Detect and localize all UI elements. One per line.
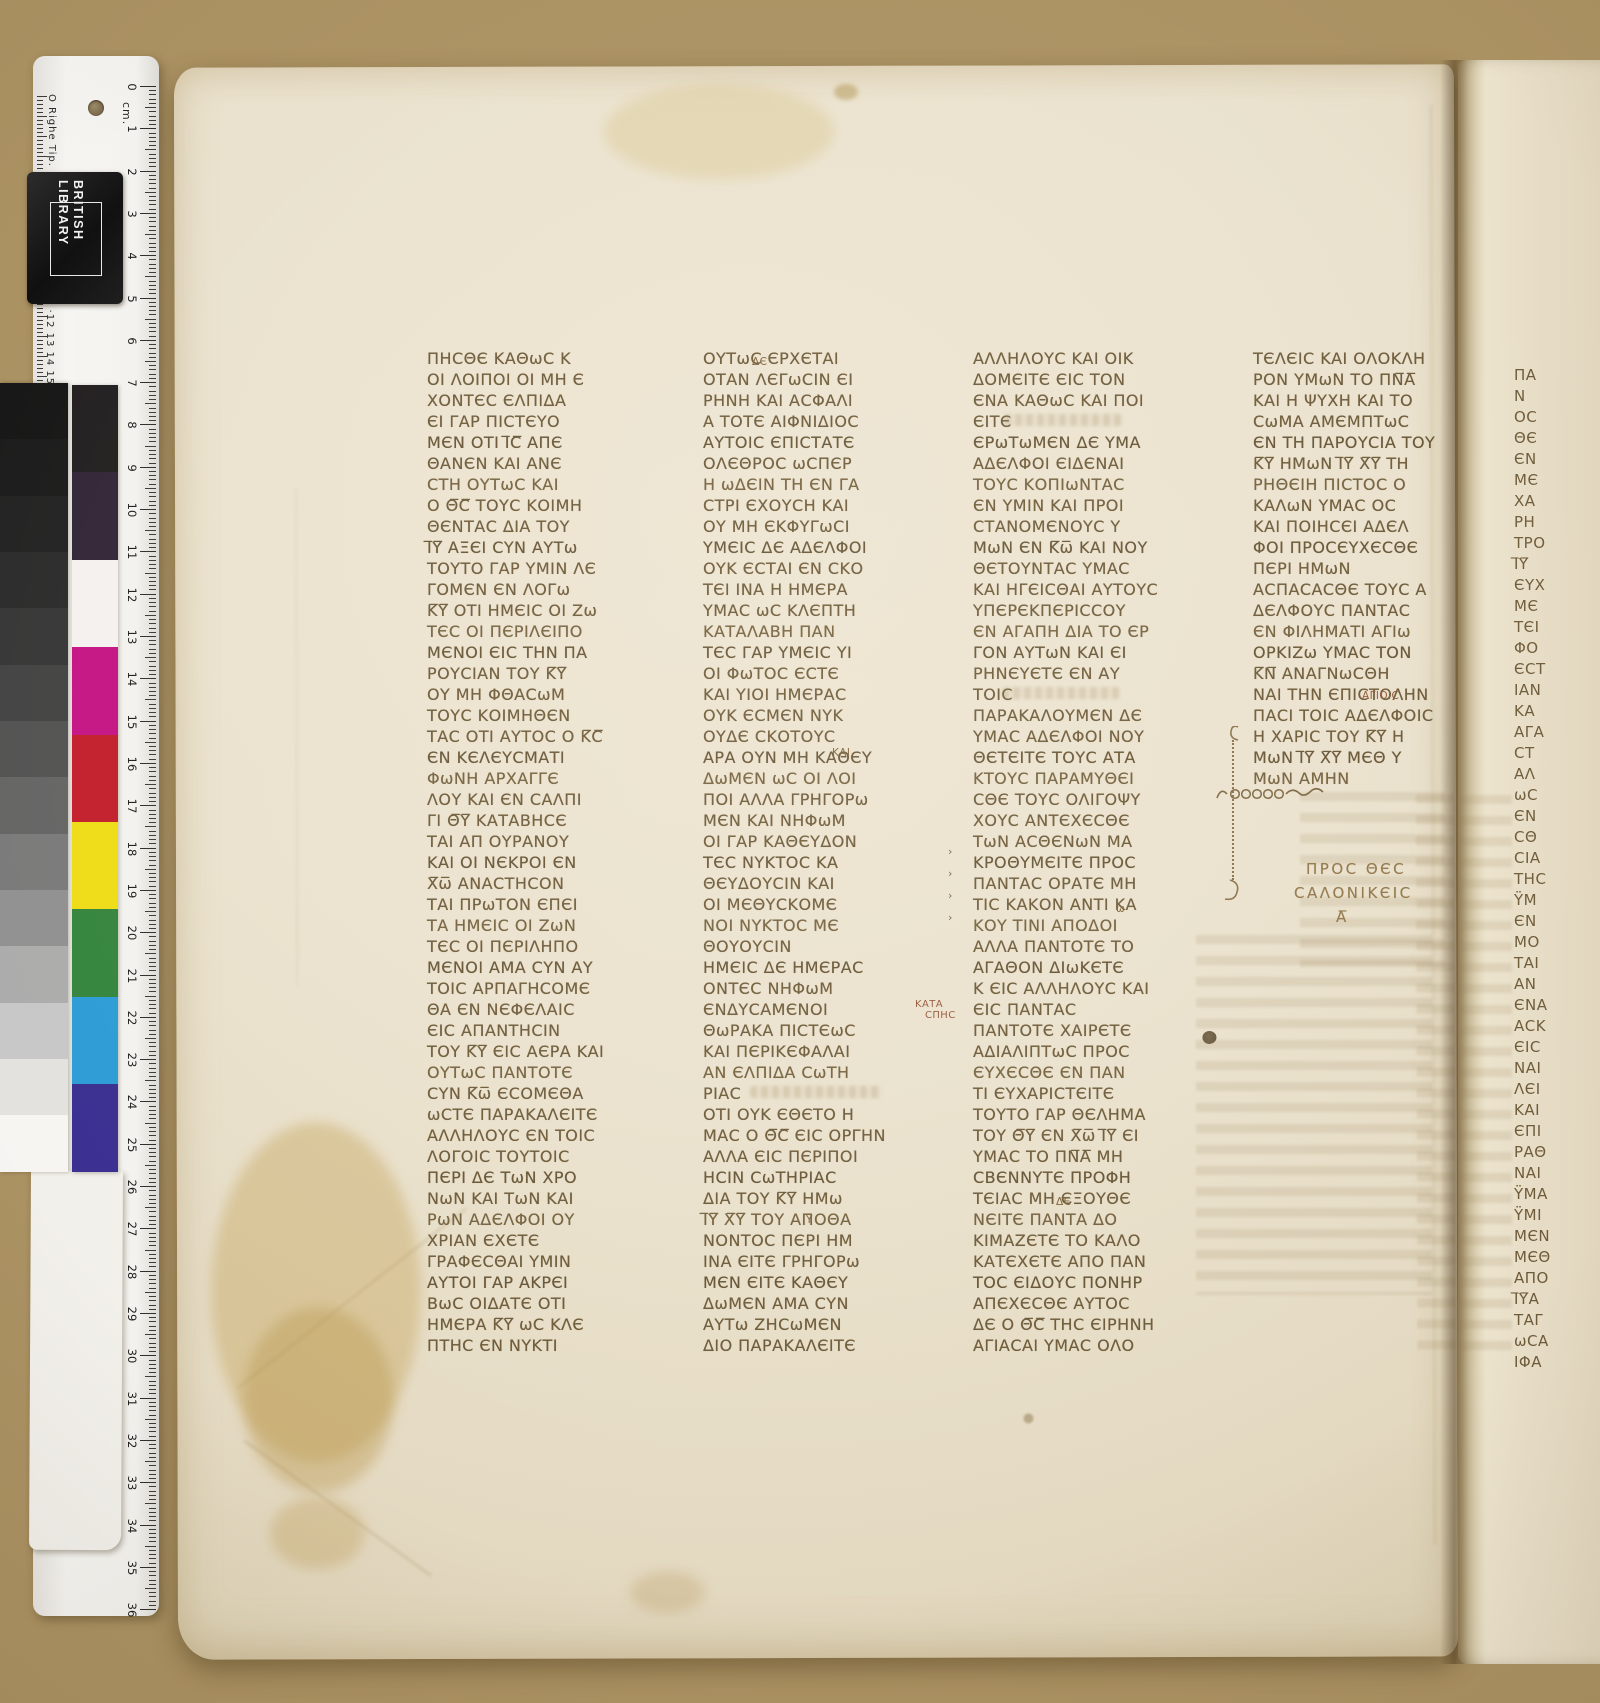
ruler-tick <box>149 1008 156 1009</box>
manuscript-line: ΤΟΥϹ ΚΟΠΙωΝΤΑϹ <box>973 474 1158 495</box>
side-scale-tick <box>37 380 43 381</box>
manuscript-line: ΤΑ ΗΜЄΙϹ ΟΙ ΖωΝ <box>427 915 604 936</box>
ruler-tick <box>149 492 156 493</box>
facing-page-text-fragment: ΑΓΑ <box>1514 723 1544 741</box>
manuscript-line: ΔΙΟ ΠΑΡΑΚΑΛЄΙΤЄ <box>703 1335 886 1356</box>
manuscript-line: ΜΑϹ Ο Θ̅Ϲ̅ ЄΙϹ ΟΡΓΗΝ <box>703 1125 886 1146</box>
ruler-number: 16 <box>125 753 139 775</box>
ruler-tick <box>149 1266 156 1267</box>
manuscript-line: ΠΑΡΑΚΑΛΟΥΜЄΝ ΔЄ <box>973 705 1158 726</box>
color-patch <box>72 560 118 647</box>
ruler-tick <box>149 1508 156 1509</box>
ruler-tick <box>149 1093 156 1094</box>
manuscript-line: ΘΟΥΟΥϹΙΝ <box>703 936 886 957</box>
ruler-tick <box>149 894 156 895</box>
ruler-tick <box>140 86 156 87</box>
ruler-tick <box>149 247 156 248</box>
ruler-tick <box>149 628 156 629</box>
ruler-tick <box>149 204 156 205</box>
ruler-tick <box>149 606 156 607</box>
photograph-of-manuscript-opening: { "ruler": { "unit_label": "cm.", "numbe… <box>0 0 1600 1703</box>
ruler-number: 12 <box>125 584 139 606</box>
marginal-correction-note: ΚΑΤΑ ϹΠΗϹ <box>915 999 956 1021</box>
manuscript-line: ΤΟΥΤΟ ΓΑΡ ΘЄΛΗΜΑ <box>973 1104 1158 1125</box>
ruler-number: 3 <box>125 203 139 225</box>
ruler-tick <box>149 310 156 311</box>
coronis-dotted-line <box>1232 740 1234 880</box>
facing-page-text-fragment: ΧΑ <box>1514 492 1536 510</box>
ruler-number: 23 <box>125 1049 139 1071</box>
manuscript-line: ΚΑΙ Η ΨΥΧΗ ΚΑΙ ΤΟ <box>1253 390 1435 411</box>
manuscript-line: ΔЄ Ο Θ̅Ϲ̅ ΤΗϹ ЄΙΡΗΝΗ <box>973 1314 1158 1335</box>
ruler-tick <box>140 678 156 679</box>
manuscript-line: ΓΟΝ ΑΥΤωΝ ΚΑΙ ЄΙ <box>973 642 1158 663</box>
manuscript-line: ΟΥΤωϹ ΠΑΝΤΟΤЄ <box>427 1062 604 1083</box>
ruler-tick <box>145 1546 156 1547</box>
manuscript-line: ЄΝ ΑΓΑΠΗ ΔΙΑ ΤΟ ЄΡ <box>973 621 1158 642</box>
ruler-tick <box>140 1017 156 1018</box>
side-scale-tick <box>37 100 43 101</box>
ruler-tick <box>149 526 156 527</box>
manuscript-line: ΒωϹ ΟΙΔΑΤЄ ΟΤΙ <box>427 1293 604 1314</box>
manuscript-line: ΤωΝ ΑϹΘЄΝωΝ ΜΑ <box>973 831 1158 852</box>
ruler-tick <box>149 217 156 218</box>
ruler-tick <box>149 1258 156 1259</box>
facing-page-text-fragment: ΘЄ <box>1514 429 1537 447</box>
manuscript-line: ΤЄΙ ΙΝΑ Η ΗΜЄΡΑ <box>703 579 886 600</box>
ruler-tick <box>149 1575 156 1576</box>
ruler-tick <box>149 99 156 100</box>
manuscript-line: Χ̅ω̅ ΑΝΑϹΤΗϹΟΝ <box>427 873 604 894</box>
ruler-tick <box>149 738 156 739</box>
ruler-tick <box>149 1178 156 1179</box>
facing-page-text-fragment: ΡΗ <box>1514 513 1535 531</box>
ruler-tick <box>149 1296 156 1297</box>
facing-page-text-fragment: Ν <box>1514 387 1526 405</box>
manuscript-line: ΗΜЄΡΑ Κ̅Υ̅ ωϹ ΚΛЄ <box>427 1314 604 1335</box>
ruler-tick <box>145 488 156 489</box>
ruler-tick <box>140 975 156 976</box>
ruler-tick <box>140 128 156 129</box>
manuscript-line: ΟΙ ΛΟΙΠΟΙ ΟΙ ΜΗ Є <box>427 369 604 390</box>
ruler-tick <box>149 936 156 937</box>
ruler-tick <box>149 750 156 751</box>
ruler-tick <box>149 1051 156 1052</box>
manuscript-line: ΟΙ ΦωΤΟϹ ЄϹΤЄ <box>703 663 886 684</box>
ruler-tick <box>149 154 156 155</box>
ruler-tick <box>149 1436 156 1437</box>
ruler-tick <box>149 928 156 929</box>
manuscript-line: ΟΤΑΝ ΛЄΓωϹΙΝ ЄΙ <box>703 369 886 390</box>
ruler-tick <box>149 1406 156 1407</box>
facing-page-text-fragment: ЄΠΙ <box>1514 1122 1542 1140</box>
manuscript-line: Α ΤΟΤЄ ΑΙΦΝΙΔΙΟϹ <box>703 411 886 432</box>
ruler-tick <box>149 1465 156 1466</box>
ruler-tick <box>140 509 156 510</box>
manuscript-line: Η ΧΑΡΙϹ ΤΟΥ Κ̅Υ̅ Η <box>1253 726 1435 747</box>
ruler-tick <box>140 763 156 764</box>
manuscript-line: ΤЄϹ ΟΙ ΠЄΡΙΛЄΙΠΟ <box>427 621 604 642</box>
erased-text-trace <box>750 1086 882 1098</box>
grayscale-step <box>0 1115 68 1171</box>
ruler-tick <box>140 594 156 595</box>
manuscript-line: ΗϹΙΝ ϹωΤΗΡΙΑϹ <box>703 1167 886 1188</box>
ruler-tick <box>149 1558 156 1559</box>
manuscript-line: ΔωΜЄΝ ωϹ ΟΙ ΛΟΙ <box>703 768 886 789</box>
ruler-tick <box>140 805 156 806</box>
ruler-tick <box>149 1571 156 1572</box>
ruler-tick <box>149 962 156 963</box>
manuscript-column-4: ΤЄΛЄΙϹ ΚΑΙ ΟΛΟΚΛΗΡΟΝ ΥΜωΝ ΤΟ ΠΝ̅Α̅ΚΑΙ Η … <box>1253 348 1435 789</box>
ruler-tick <box>149 780 156 781</box>
ruler-tick <box>149 979 156 980</box>
ruler-tick <box>149 1279 156 1280</box>
ruler-tick <box>149 856 156 857</box>
grayscale-step <box>0 834 68 890</box>
ruler-tick <box>149 822 156 823</box>
manuscript-line: ΧΟΝΤЄϹ ЄΛΠΙΔΑ <box>427 390 604 411</box>
facing-page-text-fragment: ΙΦΑ <box>1514 1353 1542 1371</box>
ruler-tick <box>149 183 156 184</box>
color-patch <box>72 647 118 734</box>
ruler-tick <box>140 1186 156 1187</box>
manuscript-line: ΟΥ ΜΗ ЄΚΦΥΓωϹΙ <box>703 516 886 537</box>
ruler-tick <box>149 1131 156 1132</box>
ruler-tick <box>149 145 156 146</box>
manuscript-line: ΑΠЄΧЄϹΘЄ ΑΥΤΟϹ <box>973 1293 1158 1314</box>
ruler-tick <box>149 1148 156 1149</box>
ruler-tick <box>140 340 156 341</box>
manuscript-line: ΚΤΟΥϹ ΠΑΡΑΜΥΘЄΙ <box>973 768 1158 789</box>
diple-mark: › <box>948 845 952 858</box>
facing-page-text-fragment: ΜЄ <box>1514 597 1538 615</box>
manuscript-column-1: ΠΗϹΘЄ ΚΑΘωϹ ΚΟΙ ΛΟΙΠΟΙ ΟΙ ΜΗ ЄΧΟΝΤЄϹ ЄΛΠ… <box>427 348 604 1356</box>
ruler-tick <box>149 619 156 620</box>
manuscript-line: ΜωΝ ЄΝ Κ̅ω̅ ΚΑΙ ΝΟΥ <box>973 537 1158 558</box>
ruler-tick <box>149 602 156 603</box>
manuscript-line: Κ ЄΙϹ ΑΛΛΗΛΟΥϹ ΚΑΙ <box>973 978 1158 999</box>
ruler-tick <box>149 924 156 925</box>
grayscale-step <box>0 608 68 664</box>
facing-page-text-fragment: ΫΜ <box>1514 891 1537 909</box>
manuscript-line: ΛΟΥ ΚΑΙ ЄΝ ϹΑΛΠΙ <box>427 789 604 810</box>
ruler-tick <box>149 1004 156 1005</box>
manuscript-line: Ι̅Υ̅ Χ̅Υ̅ ΤΟΥ ΑΠΟΘΑ <box>703 1209 886 1230</box>
manuscript-line: ΤЄϹ ΓΑΡ ΥΜЄΙϹ ΥΙ <box>703 642 886 663</box>
ruler-tick <box>149 238 156 239</box>
manuscript-line: ЄΡωΤωΜЄΝ ΔЄ ΥΜΑ <box>973 432 1158 453</box>
ruler-tick <box>145 1461 156 1462</box>
facing-page-text-fragment: ΤΑΓ <box>1514 1311 1543 1329</box>
ruler-number: 17 <box>125 795 139 817</box>
manuscript-line: ϹΘЄ ΤΟΥϹ ΟΛΙΓΟΨΥ <box>973 789 1158 810</box>
ruler-tick <box>149 1182 156 1183</box>
ruler-tick <box>149 327 156 328</box>
ruler-tick <box>149 1533 156 1534</box>
facing-page-text-fragment: ΛЄΙ <box>1514 1080 1541 1098</box>
manuscript-line: ΟΝΤЄϹ ΝΗΦωΜ <box>703 978 886 999</box>
manuscript-line: ΝΑΙ ΤΗΝ ЄΠΙϹΤΟΛΗΝ <box>1253 684 1435 705</box>
interlinear-correction: Υ <box>806 1214 813 1226</box>
ruler-tick <box>149 898 156 899</box>
ruler-tick <box>149 585 156 586</box>
ruler-tick <box>149 412 156 413</box>
manuscript-line: ΜЄΝΟΙ ЄΙϹ ΤΗΝ ΠΑ <box>427 642 604 663</box>
ruler-tick <box>149 196 156 197</box>
ruler-unit-label: cm. <box>120 102 133 125</box>
manuscript-line: ΑΛΛΗΛΟΥϹ ΚΑΙ ΟΙΚ <box>973 348 1158 369</box>
facing-page-edge: ΠΑΝΟϹΘЄЄΝΜЄΧΑΡΗΤΡΟΙ̅Υ̅ЄΥΧΜЄΤЄΙΦΟЄϹΤΙΑΝΚΑ… <box>1458 60 1600 1664</box>
ruler-tick <box>149 221 156 222</box>
manuscript-line: ΟΥΚ ЄϹΤΑΙ ЄΝ ϹΚΟ <box>703 558 886 579</box>
manuscript-line: ΝΟΝΤΟϹ ΠЄΡΙ ΗΜ <box>703 1230 886 1251</box>
side-scale-tick <box>37 332 43 333</box>
ink-spot <box>834 84 858 100</box>
manuscript-line: ΠΑΝΤΑϹ ΟΡΑΤЄ ΜΗ <box>973 873 1158 894</box>
ruler-tick <box>149 1021 156 1022</box>
ruler-tick <box>149 1592 156 1593</box>
ruler-tick <box>149 272 156 273</box>
ruler-tick <box>149 1453 156 1454</box>
facing-page-text-fragment: ΟϹ <box>1514 408 1537 426</box>
ruler-tick <box>145 742 156 743</box>
manuscript-line: ΥΠЄΡЄΚΠЄΡΙϹϹΟΥ <box>973 600 1158 621</box>
ruler-tick <box>149 611 156 612</box>
ruler-number: 19 <box>125 880 139 902</box>
subscription-numeral: Α̅ <box>1336 908 1347 926</box>
ruler-tick <box>149 437 156 438</box>
ruler-tick <box>149 1427 156 1428</box>
ruler-tick <box>140 1355 156 1356</box>
manuscript-line: ΑΛΛΑ ΠΑΝΤΟΤЄ ΤΟ <box>973 936 1158 957</box>
side-scale-tick <box>37 352 43 353</box>
side-scale-tick <box>37 124 43 125</box>
ruler-tick <box>149 1321 156 1322</box>
interlinear-correction: ΔЄ <box>752 356 767 368</box>
ruler-tick <box>149 945 156 946</box>
side-scale-tick <box>37 160 43 161</box>
ruler-tick <box>145 149 156 150</box>
ruler-tick <box>149 1245 156 1246</box>
british-library-label: BRITISH LIBRARY <box>27 172 123 304</box>
ruler-tick <box>149 458 156 459</box>
side-scale-tick <box>37 320 43 321</box>
interlinear-correction: ΑΓΙΟΙϹ <box>1362 690 1399 702</box>
ruler-tick <box>149 1046 156 1047</box>
label-text: BRITISH LIBRARY <box>55 180 85 246</box>
side-scale-tick <box>37 128 43 129</box>
manuscript-line: ΠΑϹΙ ΤΟΙϹ ΑΔЄΛΦΟΙϹ <box>1253 705 1435 726</box>
parchment-crease <box>295 487 298 987</box>
ruler-tick <box>149 1161 156 1162</box>
ruler-tick <box>149 708 156 709</box>
color-patch <box>72 1084 118 1171</box>
ruler-number: 4 <box>125 245 139 267</box>
manuscript-line: ΚΑΙ ΟΙ ΝЄΚΡΟΙ ЄΝ <box>427 852 604 873</box>
ruler-tick <box>145 1334 156 1335</box>
ruler-tick <box>149 1541 156 1542</box>
ruler-tick <box>140 171 156 172</box>
ruler-tick <box>149 450 156 451</box>
side-scale-tick <box>37 164 43 165</box>
ruler-tick <box>149 712 156 713</box>
manuscript-line: ΘΑ ЄΝ ΝЄΦЄΛΑΙϹ <box>427 999 604 1020</box>
facing-page-text-fragment: ΫΜΑ <box>1514 1185 1548 1203</box>
ruler-tick <box>149 1554 156 1555</box>
facing-page-text-fragment: Ι̅Υ̅Α <box>1514 1290 1539 1308</box>
ruler-tick <box>149 505 156 506</box>
grayscale-step <box>0 1059 68 1115</box>
bleedthrough-text <box>1460 795 1512 1355</box>
ruler-tick <box>140 424 156 425</box>
ruler-tick <box>140 382 156 383</box>
ruler-tick <box>149 556 156 557</box>
ruler-tick <box>149 1220 156 1221</box>
ruler-tick <box>149 1351 156 1352</box>
ruler-tick <box>140 932 156 933</box>
ruler-number: 31 <box>125 1388 139 1410</box>
ruler-tick <box>149 674 156 675</box>
ruler-tick <box>149 1127 156 1128</box>
manuscript-line: ΔΙΑ ΤΟΥ Κ̅Υ̅ ΗΜω <box>703 1188 886 1209</box>
ruler-tick <box>145 573 156 574</box>
manuscript-line: ΜЄΝ ΟΤΙ Ι̅Ϲ̅ ΑΠЄ <box>427 432 604 453</box>
manuscript-line: ΤЄϹ ΟΙ ΠЄΡΙΛΗΠΟ <box>427 936 604 957</box>
ruler-tick <box>149 759 156 760</box>
ruler-tick <box>149 188 156 189</box>
ruler-tick <box>145 530 156 531</box>
manuscript-line: ЄΝΑ ΚΑΘωϹ ΚΑΙ ΠΟΙ <box>973 390 1158 411</box>
side-scale-tick <box>37 168 43 169</box>
parchment-stain <box>604 84 834 180</box>
manuscript-line: ΦΟΙ ΠΡΟϹЄΥΧЄϹΘЄ <box>1253 537 1435 558</box>
manuscript-line: ΑΡΑ ΟΥΝ ΜΗ ΚΑΘЄΥ <box>703 747 886 768</box>
facing-page-text-fragment: ЄϹΤ <box>1514 660 1546 678</box>
ruler-number: 33 <box>125 1472 139 1494</box>
facing-page-text-fragment: ϹΙΑ <box>1514 849 1541 867</box>
ruler-tick <box>149 1360 156 1361</box>
ruler-tick <box>149 1444 156 1445</box>
ruler-tick <box>149 776 156 777</box>
facing-page-text-fragment: ΑΛ <box>1514 765 1536 783</box>
ruler-tick <box>149 1326 156 1327</box>
facing-page-text-fragment: ΑΝ <box>1514 975 1536 993</box>
facing-page-text-fragment: ωϹΑ <box>1514 1332 1549 1350</box>
grayscale-step <box>0 721 68 777</box>
manuscript-line: ΠЄΡΙ ΔЄ ΤωΝ ΧΡΟ <box>427 1167 604 1188</box>
facing-page-text-fragment: ЄΝ <box>1514 912 1537 930</box>
ruler-tick <box>149 1300 156 1301</box>
ruler-tick <box>145 699 156 700</box>
facing-page-text-fragment: ΚΑΙ <box>1514 1101 1540 1119</box>
facing-page-text-fragment: ΑϹΚ <box>1514 1017 1546 1035</box>
ruler-tick <box>149 158 156 159</box>
ruler-tick <box>149 1529 156 1530</box>
ruler-tick <box>149 1470 156 1471</box>
ruler-tick <box>149 793 156 794</box>
ruler-tick <box>149 568 156 569</box>
manuscript-line: ΗΜЄΙϹ ΔЄ ΗΜЄΡΑϹ <box>703 957 886 978</box>
color-patch <box>72 997 118 1084</box>
ruler-tick <box>149 1199 156 1200</box>
ruler-tick <box>140 298 156 299</box>
side-scale-tick <box>37 328 43 329</box>
manuscript-line: ΚΑΙ ΠЄΡΙΚЄΦΑΛΑΙ <box>703 1041 886 1062</box>
manuscript-line: ΙΝΑ ЄΙΤЄ ΓΡΗΓΟΡω <box>703 1251 886 1272</box>
manuscript-line: ΓΡΑΦЄϹΘΑΙ ΥΜΙΝ <box>427 1251 604 1272</box>
ruler-tick <box>140 721 156 722</box>
grayscale-step <box>0 552 68 608</box>
ruler-tick <box>149 1068 156 1069</box>
ruler-tick <box>149 369 156 370</box>
manuscript-line: ΟΥ ΜΗ ΦΘΑϹωΜ <box>427 684 604 705</box>
ruler-tick <box>140 848 156 849</box>
ruler-tick <box>140 1482 156 1483</box>
manuscript-line: ΛΟΓΟΙϹ ΤΟΥΤΟΙϹ <box>427 1146 604 1167</box>
ruler-tick <box>149 285 156 286</box>
ruler-tick <box>149 1317 156 1318</box>
side-scale-tick <box>37 120 43 121</box>
ruler-tick <box>149 1457 156 1458</box>
ruler-tick <box>149 1330 156 1331</box>
ruler-tick <box>149 479 156 480</box>
manuscript-line: ΟΡΚΙΖω ΥΜΑϹ ΤΟΝ <box>1253 642 1435 663</box>
facing-page-text-fragment: Ι̅Υ̅ <box>1514 555 1529 573</box>
ruler-tick <box>145 784 156 785</box>
ruler-tick <box>149 771 156 772</box>
ruler-tick <box>145 615 156 616</box>
ruler-number: 20 <box>125 922 139 944</box>
side-scale-tick <box>37 308 43 309</box>
ruler-tick <box>149 1516 156 1517</box>
manuscript-line: ΚΑΙ ΠΟΙΗϹЄΙ ΑΔЄΛ <box>1253 516 1435 537</box>
ruler-tick <box>149 513 156 514</box>
marginal-note-line: ΚΑΤΑ <box>915 999 956 1010</box>
ruler-tick <box>149 1512 156 1513</box>
manuscript-line: Ι̅Υ̅ ΑΞЄΙ ϹΥΝ ΑΥΤω <box>427 537 604 558</box>
coronis-hook-bottom <box>1222 878 1244 902</box>
ruler-tick <box>149 547 156 548</box>
manuscript-line: ΚΙΜΑΖЄΤЄ ΤΟ ΚΑΛΟ <box>973 1230 1158 1251</box>
ruler-tick <box>145 826 156 827</box>
ruler-tick <box>149 289 156 290</box>
facing-page-text-fragment: ΫΜΙ <box>1514 1206 1542 1224</box>
ruler-tick <box>149 1478 156 1479</box>
color-patch <box>72 909 118 996</box>
ruler-tick <box>149 1402 156 1403</box>
ruler-tick <box>149 983 156 984</box>
manuscript-line: ΚΡΟΘΥΜЄΙΤЄ ΠΡΟϹ <box>973 852 1158 873</box>
ruler-tick <box>149 243 156 244</box>
ruler-tick <box>149 560 156 561</box>
ruler-number: 8 <box>125 414 139 436</box>
ruler-tick <box>149 1491 156 1492</box>
ruler-tick <box>140 1228 156 1229</box>
ruler-tick <box>149 1381 156 1382</box>
grayscale-strip <box>0 383 68 1172</box>
manuscript-line: ΜωΝ Ι̅Υ̅ Χ̅Υ̅ ΜЄΘ Υ <box>1253 747 1435 768</box>
ruler-tick <box>149 577 156 578</box>
manuscript-line: ΔЄΛΦΟΥϹ ΠΑΝΤΑϹ <box>1253 600 1435 621</box>
ruler-tick <box>149 1216 156 1217</box>
manuscript-line: ΟΤΙ ΟΥΚ ЄΘЄΤΟ Η <box>703 1104 886 1125</box>
manuscript-line: ΟΥΔЄ ϹΚΟΤΟΥϹ <box>703 726 886 747</box>
facing-page-text-fragment: ΝΑΙ <box>1514 1059 1541 1077</box>
ruler-number: 18 <box>125 838 139 860</box>
manuscript-line: ΚΑΛωΝ ΥΜΑϹ ΟϹ <box>1253 495 1435 516</box>
ruler-tick <box>149 1423 156 1424</box>
manuscript-line: ΜЄΝ ΚΑΙ ΝΗΦωΜ <box>703 810 886 831</box>
